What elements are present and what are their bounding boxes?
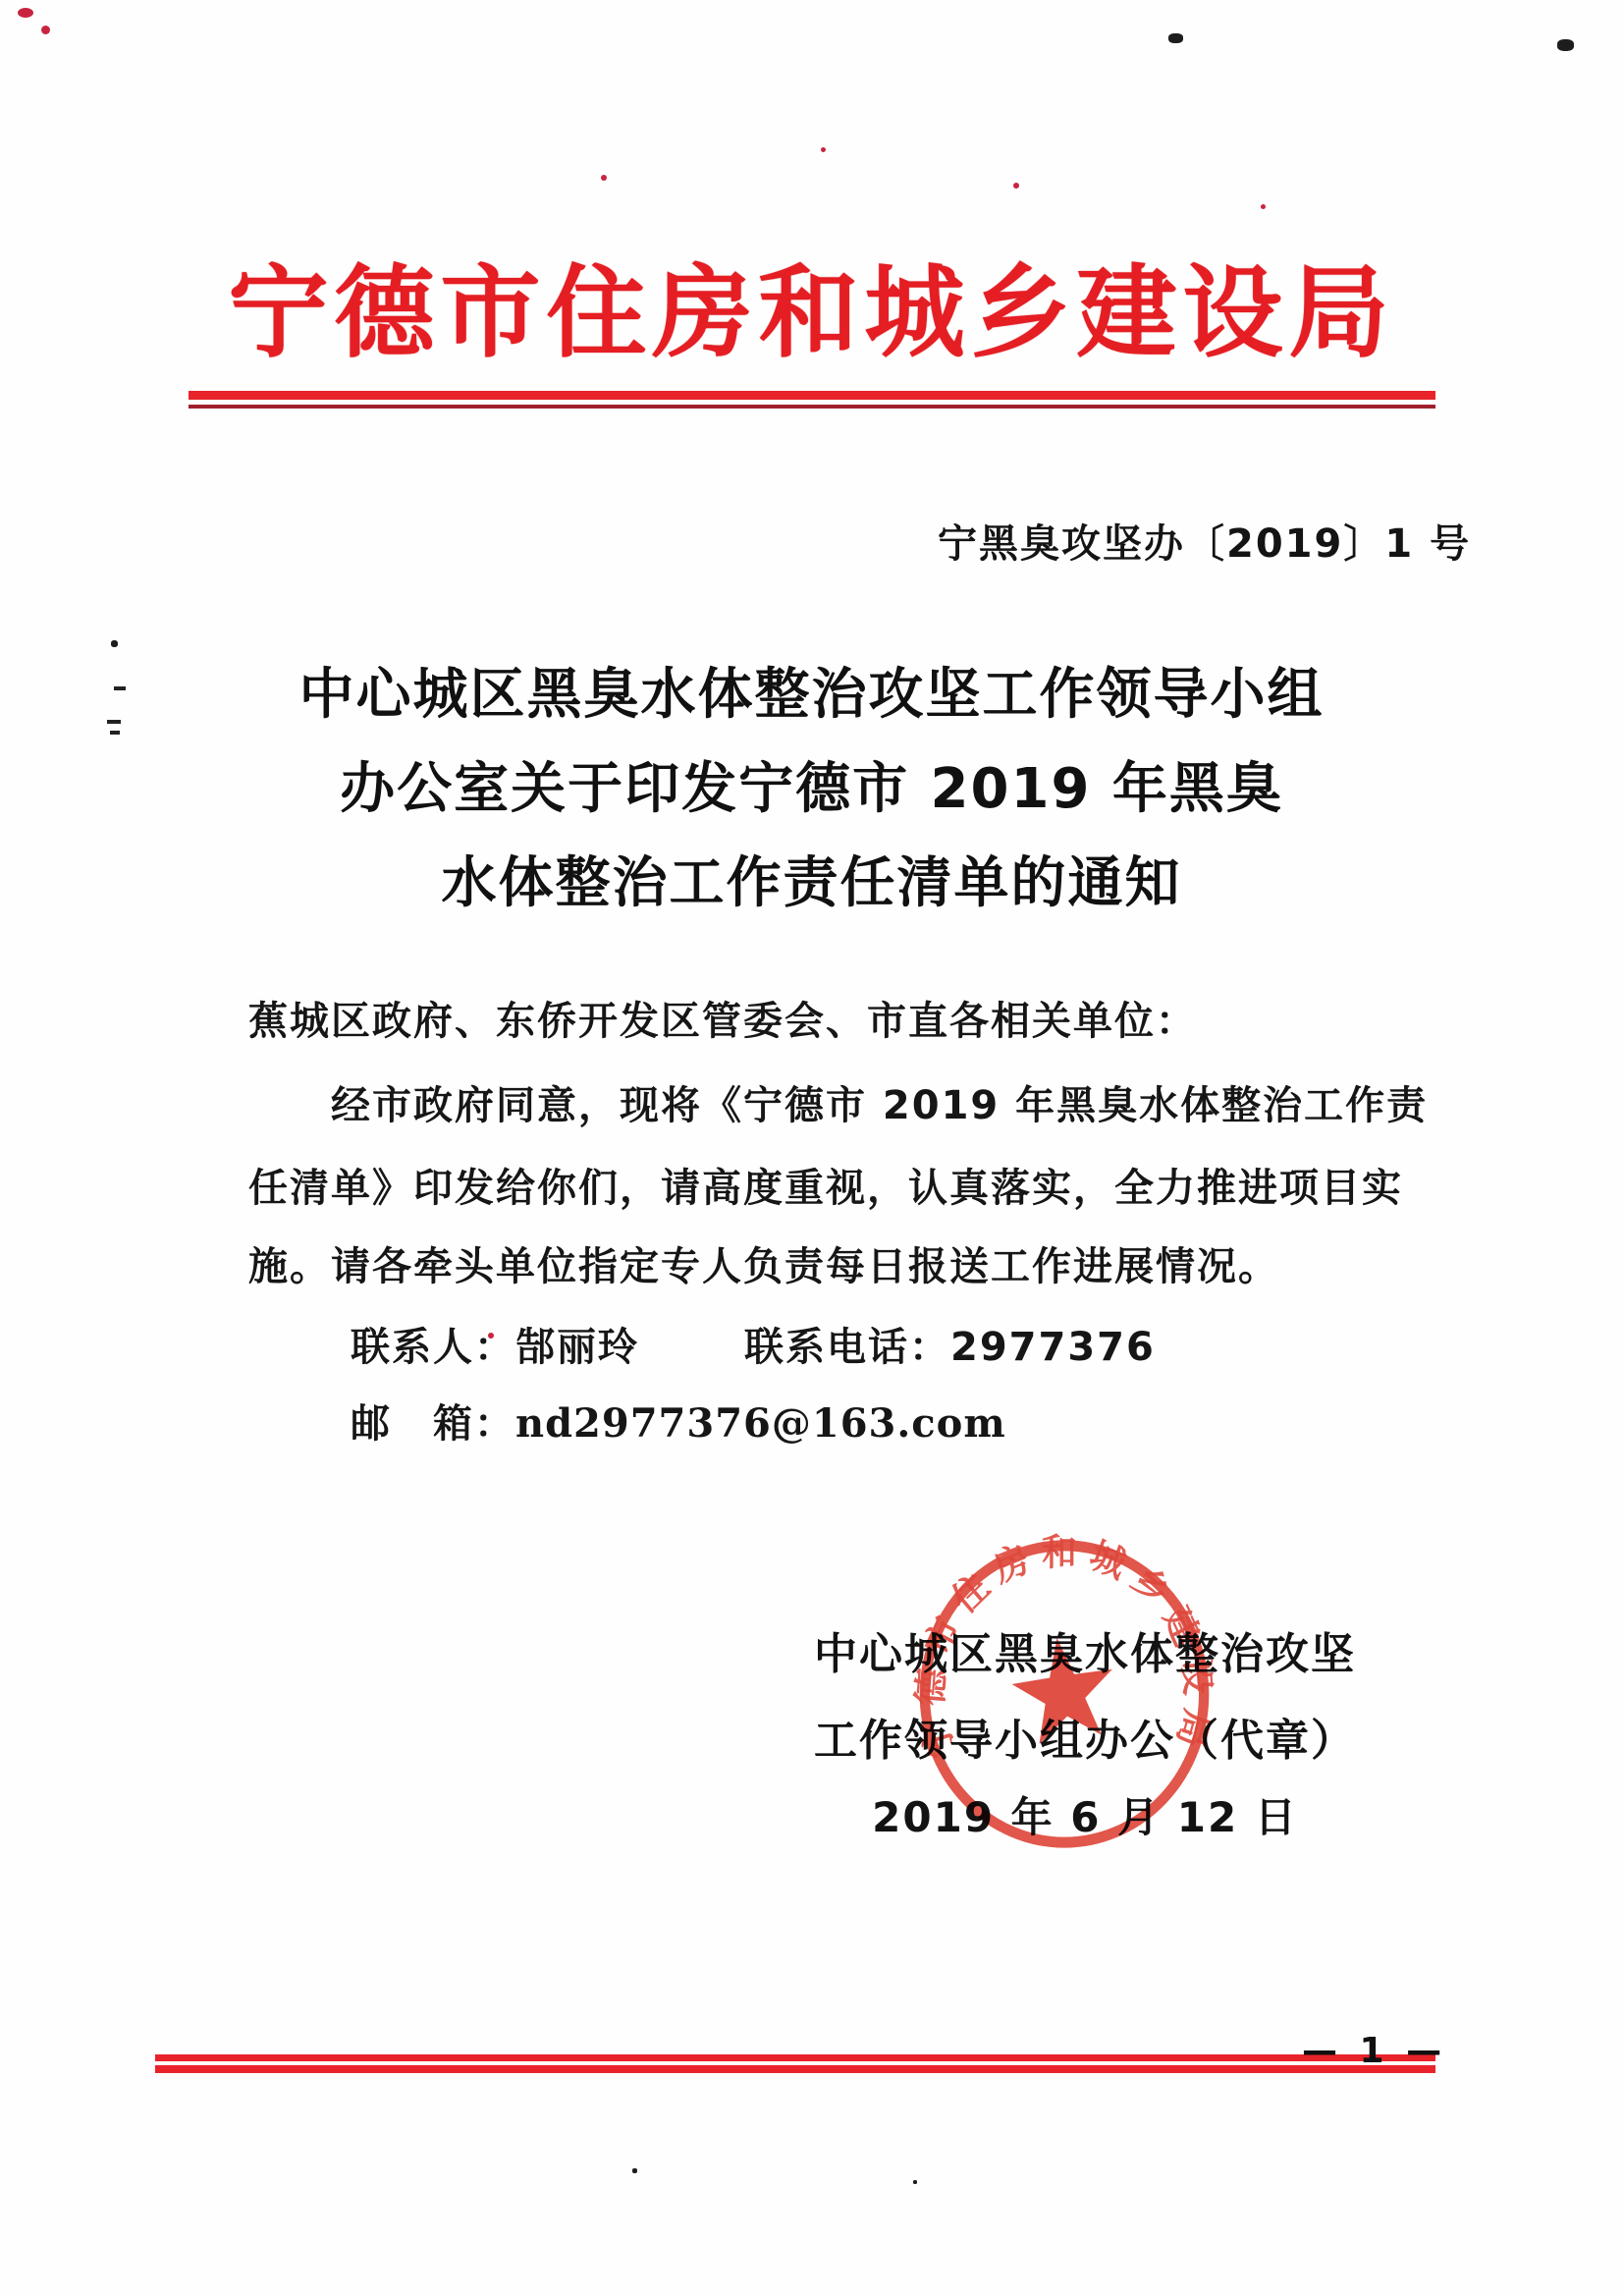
scan-artifact bbox=[821, 147, 826, 152]
letterhead-separator-line bbox=[189, 391, 1435, 400]
official-seal: 宁德市住房和城乡建设局 bbox=[908, 1528, 1220, 1860]
document-title: 中心城区黑臭水体整治攻坚工作领导小组 办公室关于印发宁德市 2019 年黑臭 水… bbox=[0, 648, 1623, 931]
scan-artifact bbox=[913, 2180, 917, 2184]
salutation-line: 蕉城区政府、东侨开发区管委会、市直各相关单位： bbox=[248, 990, 1466, 1046]
seal-ring-text: 宁德市住房和城乡建设局 bbox=[909, 1531, 1219, 1764]
scan-artifact bbox=[632, 2168, 637, 2173]
scan-artifact bbox=[1261, 204, 1266, 209]
email-label: 邮 箱： bbox=[351, 1401, 515, 1447]
scan-artifact bbox=[41, 26, 50, 34]
scan-artifact bbox=[114, 686, 126, 690]
email-address: nd2977376@163.com bbox=[515, 1400, 1006, 1447]
contact-line: 联系人：郜丽玲联系电话：2977376 bbox=[351, 1316, 1568, 1372]
contact-phone-label: 联系电话： bbox=[744, 1325, 950, 1370]
footer-rule-top bbox=[155, 2054, 1435, 2061]
scan-artifact bbox=[1168, 33, 1183, 43]
scan-artifact bbox=[601, 175, 607, 181]
contact-person-name: 郜丽玲 bbox=[515, 1325, 639, 1370]
scan-artifact bbox=[107, 720, 121, 724]
letterhead-separator-underline bbox=[189, 405, 1435, 409]
scan-artifact bbox=[18, 8, 33, 18]
contact-person-label: 联系人： bbox=[351, 1325, 515, 1370]
page-number: — 1 — bbox=[1302, 2031, 1446, 2071]
seal-star-icon bbox=[1006, 1630, 1120, 1747]
document-number: 宁黑臭攻坚办〔2019〕1 号 bbox=[938, 513, 1471, 569]
document-page: 宁德市住房和城乡建设局 宁黑臭攻坚办〔2019〕1 号 中心城区黑臭水体整治攻坚… bbox=[0, 0, 1623, 2296]
paragraph-line-1: 经市政府同意，现将《宁德市 2019 年黑臭水体整治工作责 bbox=[248, 1074, 1548, 1130]
document-title-line-3: 水体整治工作责任清单的通知 bbox=[0, 837, 1623, 931]
scan-artifact bbox=[111, 640, 118, 647]
scan-artifact bbox=[110, 731, 120, 735]
contact-phone-number: 2977376 bbox=[950, 1325, 1156, 1370]
scan-artifact bbox=[1013, 183, 1019, 189]
agency-letterhead-title: 宁德市住房和城乡建设局 bbox=[0, 234, 1623, 377]
document-title-line-1: 中心城区黑臭水体整治攻坚工作领导小组 bbox=[0, 648, 1623, 742]
footer-rule-bottom bbox=[155, 2065, 1435, 2073]
seal-ring-text-node: 宁德市住房和城乡建设局 bbox=[909, 1531, 1219, 1764]
paragraph-line-3: 施。请各牵头单位指定专人负责每日报送工作进展情况。 bbox=[248, 1235, 1466, 1291]
scan-artifact bbox=[1557, 39, 1574, 51]
paragraph-line-2: 任清单》印发给你们，请高度重视，认真落实，全力推进项目实 bbox=[248, 1157, 1466, 1213]
document-title-line-2: 办公室关于印发宁德市 2019 年黑臭 bbox=[0, 742, 1623, 837]
scan-artifact bbox=[488, 1333, 494, 1339]
email-line: 邮 箱：nd2977376@163.com bbox=[351, 1393, 1568, 1449]
